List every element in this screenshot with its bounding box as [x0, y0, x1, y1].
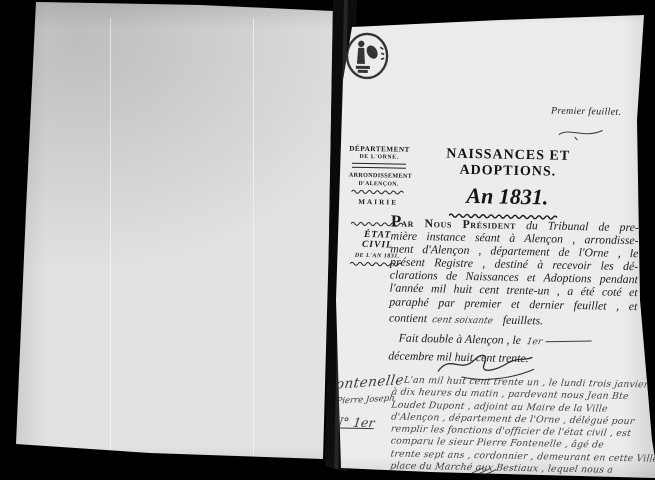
page-fold-line: [253, 18, 254, 456]
register-year: An 1831.: [397, 182, 617, 212]
act-body: L'an mil huit cent trente un , le lundi …: [390, 375, 648, 478]
folio-paraph-mark: [554, 124, 606, 143]
feuillets-label: feuillets.: [503, 312, 544, 327]
contient-line: contientcent soixantefeuillets.: [389, 311, 637, 331]
page-fold-line: [110, 18, 111, 456]
underline-flourish: [470, 465, 512, 476]
title-block: NAISSANCES ET ADOPTIONS. An 1831.: [397, 146, 618, 223]
register-title: NAISSANCES ET ADOPTIONS.: [398, 146, 619, 182]
handwritten-dash: [545, 340, 591, 342]
contient-label: contient: [389, 310, 427, 325]
scanned-register-page: Premier feuillet. DÉPARTEMENT DE L'ORNE.…: [0, 0, 655, 480]
fait-double-label: Fait double à Alençon , le: [399, 330, 522, 346]
act-number: N° 1er: [331, 414, 397, 430]
handwritten-feuillet-count: cent soixante: [431, 314, 494, 328]
act-margin-firstnames: Pierre Joseph: [336, 393, 397, 406]
register-declaration: Par Nous Président du Tribunal de pre- m…: [388, 214, 639, 367]
handwritten-day: 1er: [526, 336, 544, 349]
folio-label: Premier feuillet.: [551, 106, 641, 119]
